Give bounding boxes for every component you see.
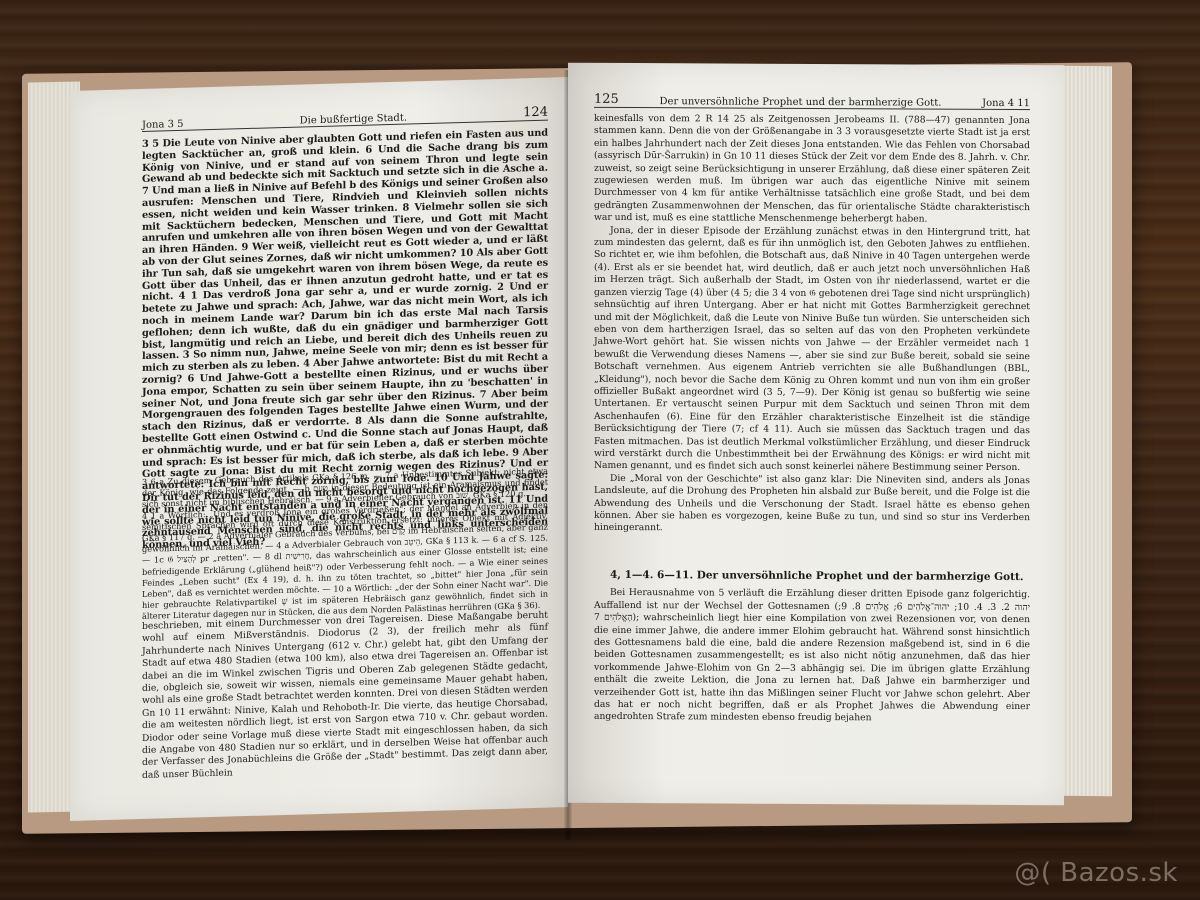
footnote-chapter-4: 4 1 a Wörtlich: „Und es verdroß Jona ein… [142,499,548,622]
commentary-text: beschrieben, mit einem Durchmesser von d… [142,610,548,783]
left-page: Jona 3 5 Die bußfertige Stadt. 124 3 5 D… [70,77,568,821]
section-heading: 4, 1—4. 6—11. Der unversöhnliche Prophet… [610,569,1030,584]
left-running-head: Jona 3 5 Die bußfertige Stadt. 124 [142,98,548,132]
paragraph-3: Die „Moral von der Geschichte" ist also … [594,473,1030,537]
paragraph-1: keinesfalls von dem 2 R 14 25 als Zeitge… [594,113,1030,227]
right-header-reference: Jona 4 11 [982,98,1030,109]
right-commentary: keinesfalls von dem 2 R 14 25 als Zeitge… [594,113,1030,537]
right-running-head: 125 Der unversöhnliche Prophet und der b… [594,85,1030,110]
left-header-title: Die bußfertige Stadt. [300,113,407,127]
paragraph-2: Jona, der in dieser Episode der Erzählun… [594,224,1030,474]
right-header-title: Der unversöhnliche Prophet und der barmh… [660,96,942,108]
commentary-paragraph: beschrieben, mit einem Durchmesser von d… [142,610,548,783]
open-book: Jona 3 5 Die bußfertige Stadt. 124 3 5 D… [0,0,1200,900]
right-page-number: 125 [594,92,619,107]
footnotes: 3 6 a Zu diesem Gebrauch des Artikels GK… [142,466,548,623]
section-paragraph: Bei Herausnahme von 5 verläuft die Erzäh… [594,587,1030,726]
page-stack-right [1060,66,1112,796]
left-page-number: 124 [523,105,548,121]
left-header-reference: Jona 3 5 [142,119,184,131]
right-page: 125 Der unversöhnliche Prophet und der b… [568,63,1064,806]
bazos-watermark: @( Bazos.sk [1014,858,1178,888]
section-4: 4, 1—4. 6—11. Der unversöhnliche Prophet… [594,569,1030,726]
